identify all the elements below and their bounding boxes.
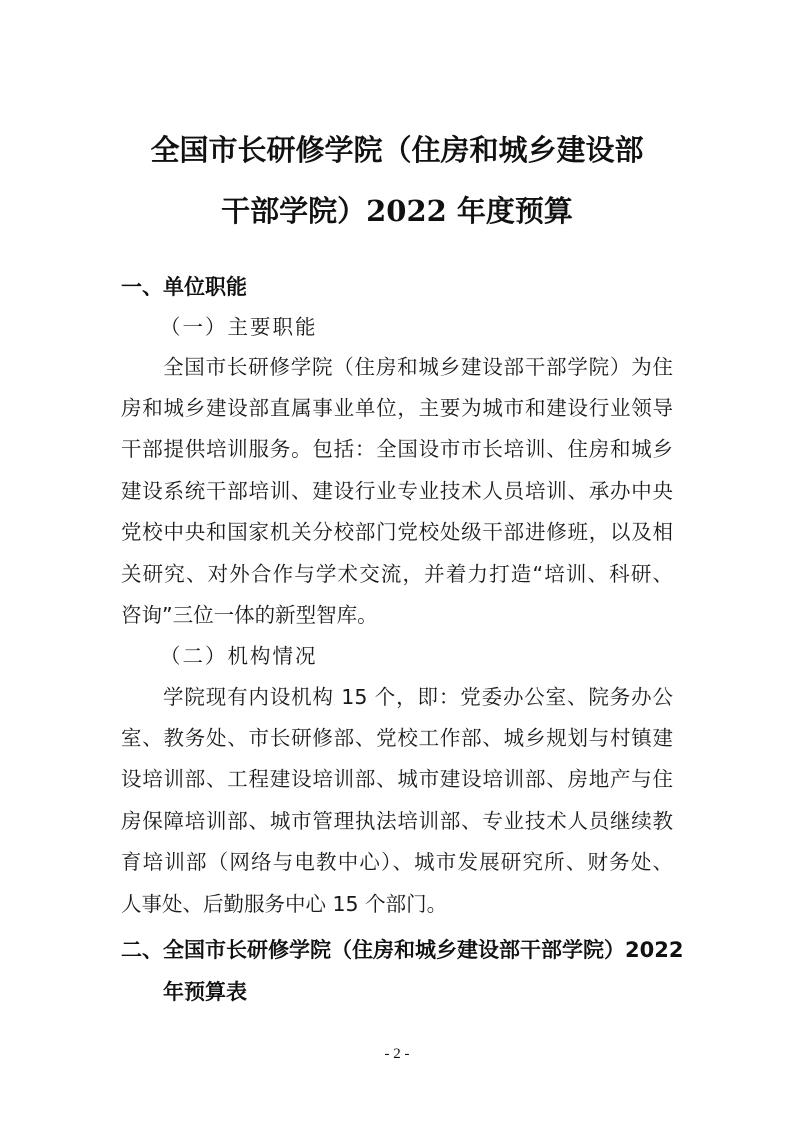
- document-title-line-2: 干部学院）2022 年度预算: [0, 191, 794, 231]
- section-2-heading-line-1: 二、全国市长研修学院（住房和城乡建设部干部学院）2022: [121, 935, 673, 965]
- paragraph-line: 房和城乡建设部直属事业单位，主要为城市和建设行业领导: [121, 393, 673, 423]
- paragraph-line: 关研究、对外合作与学术交流，并着力打造“培训、科研、: [121, 559, 673, 589]
- document-page: 全国市长研修学院（住房和城乡建设部 干部学院）2022 年度预算 一、单位职能 …: [0, 0, 794, 1123]
- paragraph-line: 设培训部、工程建设培训部、城市建设培训部、房地产与住: [121, 764, 673, 794]
- paragraph-line: 房保障培训部、城市管理执法培训部、专业技术人员继续教: [121, 806, 673, 836]
- subsection-2-heading: （二）机构情况: [160, 641, 318, 671]
- paragraph-line: 育培训部（网络与电教中心）、城市发展研究所、财务处、: [121, 847, 673, 877]
- paragraph-line: 党校中央和国家机关分校部门党校处级干部进修班，以及相: [121, 517, 673, 547]
- document-title-line-1: 全国市长研修学院（住房和城乡建设部: [0, 130, 794, 170]
- paragraph-line: 室、教务处、市长研修部、党校工作部、城乡规划与村镇建: [121, 723, 673, 753]
- section-2-heading-line-2: 年预算表: [163, 977, 247, 1007]
- page-number: - 2 -: [0, 1044, 794, 1064]
- paragraph-line: 干部提供培训服务。包括：全国设市市长培训、住房和城乡: [121, 434, 673, 464]
- subsection-1-heading: （一）主要职能: [160, 312, 318, 342]
- paragraph-line: 学院现有内设机构 15 个，即：党委办公室、院务办公: [163, 682, 673, 712]
- paragraph-line: 全国市长研修学院（住房和城乡建设部干部学院）为住: [163, 352, 673, 382]
- paragraph-line: 咨询”三位一体的新型智库。: [121, 600, 673, 630]
- paragraph-line: 人事处、后勤服务中心 15 个部门。: [121, 889, 673, 919]
- section-1-heading: 一、单位职能: [121, 272, 247, 302]
- paragraph-line: 建设系统干部培训、建设行业专业技术人员培训、承办中央: [121, 476, 673, 506]
